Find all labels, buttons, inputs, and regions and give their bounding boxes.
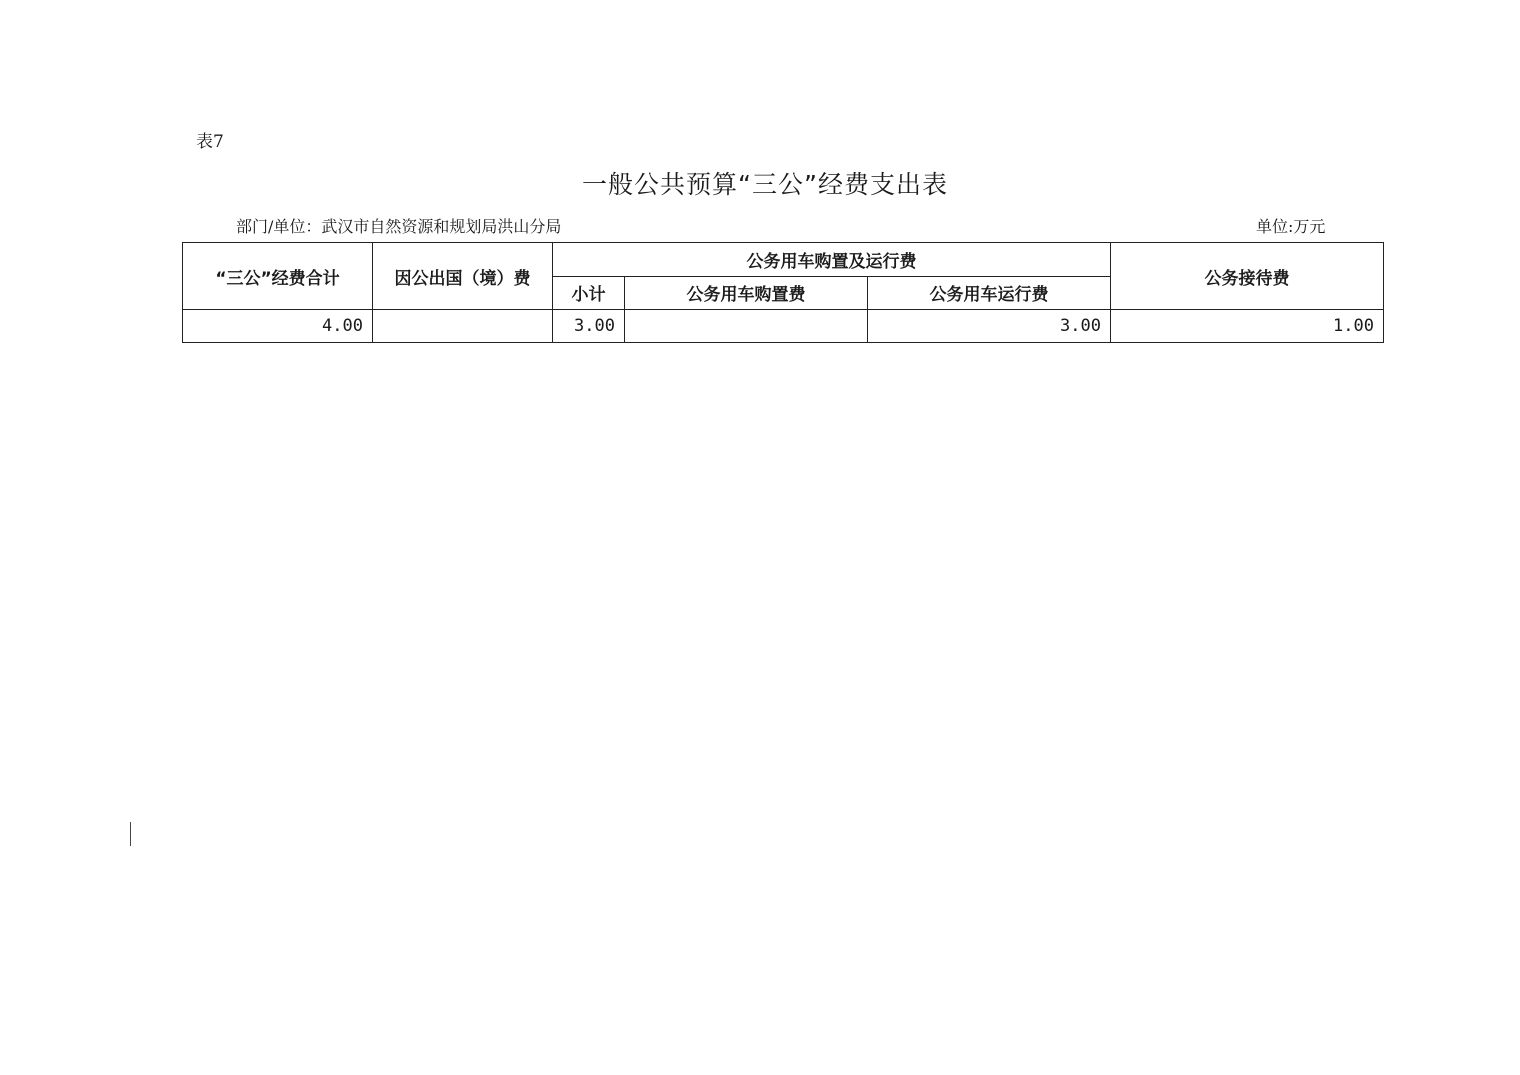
cell-overseas xyxy=(373,310,553,343)
cell-vehicle-purchase xyxy=(625,310,868,343)
table-row: 4.00 3.00 3.00 1.00 xyxy=(183,310,1384,343)
table-header-row-1: “三公”经费合计 因公出国（境）费 公务用车购置及运行费 公务接待费 xyxy=(183,243,1384,277)
table-number-label: 表7 xyxy=(196,131,224,153)
cell-vehicle-subtotal: 3.00 xyxy=(553,310,625,343)
header-vehicle-group: 公务用车购置及运行费 xyxy=(553,243,1111,277)
header-total: “三公”经费合计 xyxy=(183,243,373,310)
department-label: 部门/单位：武汉市自然资源和规划局洪山分局 xyxy=(236,216,561,238)
unit-label: 单位:万元 xyxy=(1256,216,1325,238)
header-overseas: 因公出国（境）费 xyxy=(373,243,553,310)
text-cursor-mark xyxy=(130,822,131,846)
header-vehicle-purchase: 公务用车购置费 xyxy=(625,276,868,310)
header-reception: 公务接待费 xyxy=(1111,243,1384,310)
cell-vehicle-operation: 3.00 xyxy=(868,310,1111,343)
page-title: 一般公共预算“三公”经费支出表 xyxy=(0,168,1520,202)
cell-total: 4.00 xyxy=(183,310,373,343)
cell-reception: 1.00 xyxy=(1111,310,1384,343)
three-public-expenses-table: “三公”经费合计 因公出国（境）费 公务用车购置及运行费 公务接待费 小计 公务… xyxy=(182,242,1384,343)
header-vehicle-operation: 公务用车运行费 xyxy=(868,276,1111,310)
header-vehicle-subtotal: 小计 xyxy=(553,276,625,310)
